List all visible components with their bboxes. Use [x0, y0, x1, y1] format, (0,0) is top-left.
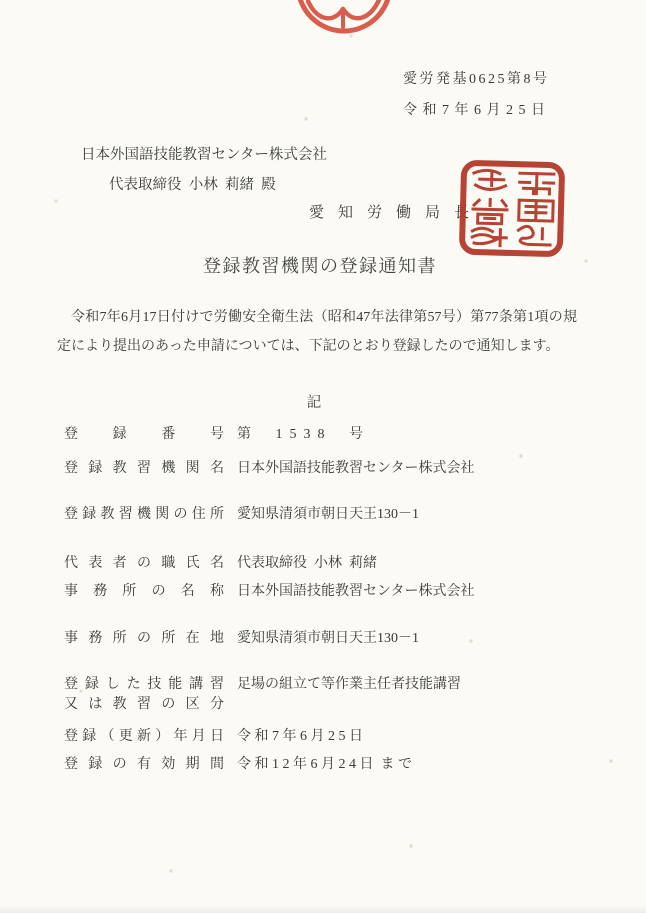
- table-row: 登録した技能講習 又は教習の区分 足場の組立て等作業主任者技能講習: [64, 675, 461, 715]
- field-value: 令 和 1 2 年 6 月 2 4 日 ま で: [237, 755, 412, 775]
- addressee-representative: 代表取締役 小林 莉緒 殿: [109, 170, 327, 200]
- table-row: 登録の有効期間 令 和 1 2 年 6 月 2 4 日 ま で: [64, 755, 412, 775]
- field-label: 登録教習機関名: [64, 459, 224, 479]
- field-value: 愛知県清須市朝日天王130－1: [237, 629, 419, 649]
- section-mark: 記: [0, 391, 628, 412]
- table-row: 代表者の職氏名 代表取締役 小林 莉緒: [64, 554, 377, 574]
- field-label: 登録番号: [64, 425, 224, 445]
- field-label: 登録の有効期間: [64, 755, 224, 775]
- body-paragraph: 令和7年6月17日付けで労働安全衛生法（昭和47年法律第57号）第77条第1項の…: [57, 303, 577, 361]
- table-row: 登録（更新）年月日 令 和 7 年 6 月 2 5 日: [64, 727, 363, 747]
- field-label: 事務所の所在地: [64, 629, 224, 649]
- table-row: 事務所の名称 日本外国語技能教習センター株式会社: [64, 582, 474, 602]
- field-label: 登録（更新）年月日: [64, 727, 224, 747]
- field-label: 登録した技能講習 又は教習の区分: [64, 675, 224, 715]
- doc-number: 愛労発基0625第8号: [403, 64, 550, 95]
- table-row: 登録教習機関の住所 愛知県清須市朝日天王130－1: [64, 505, 419, 525]
- table-row: 事務所の所在地 愛知県清須市朝日天王130－1: [64, 629, 419, 649]
- field-value: 第 1 5 3 8 号: [237, 425, 363, 445]
- page-title: 登録教習機関の登録通知書: [0, 252, 640, 278]
- field-value: 代表取締役 小林 莉緒: [237, 554, 377, 574]
- document-meta: 愛労発基0625第8号 令 和 7 年 6 月 2 5 日: [403, 64, 550, 126]
- addressee-block: 日本外国語技能教習センター株式会社 代表取締役 小林 莉緒 殿: [81, 140, 327, 200]
- field-label-line2: 又は教習の区分: [64, 695, 224, 715]
- sender-title: 愛知労働局長: [309, 199, 483, 228]
- field-label-line1: 登録した技能講習: [64, 675, 224, 695]
- field-value: 令 和 7 年 6 月 2 5 日: [237, 727, 363, 747]
- doc-date: 令 和 7 年 6 月 2 5 日: [403, 95, 550, 126]
- field-value: 日本外国語技能教習センター株式会社: [237, 459, 474, 479]
- field-value: 愛知県清須市朝日天王130－1: [237, 505, 419, 525]
- field-value: 日本外国語技能教習センター株式会社: [237, 582, 474, 602]
- director-seal-icon: [458, 159, 567, 259]
- scan-noise: [0, 0, 2, 2]
- field-label: 事務所の名称: [64, 582, 224, 602]
- table-row: 登録番号 第 1 5 3 8 号: [64, 425, 363, 445]
- addressee-company: 日本外国語技能教習センター株式会社: [81, 140, 327, 170]
- field-value: 足場の組立て等作業主任者技能講習: [237, 675, 461, 695]
- field-label: 登録教習機関の住所: [64, 505, 224, 525]
- field-label: 代表者の職氏名: [64, 554, 224, 574]
- round-official-stamp-icon: [292, 0, 396, 36]
- scanned-document-page: 愛労発基0625第8号 令 和 7 年 6 月 2 5 日 日本外国語技能教習セ…: [0, 0, 646, 913]
- table-row: 登録教習機関名 日本外国語技能教習センター株式会社: [64, 459, 474, 479]
